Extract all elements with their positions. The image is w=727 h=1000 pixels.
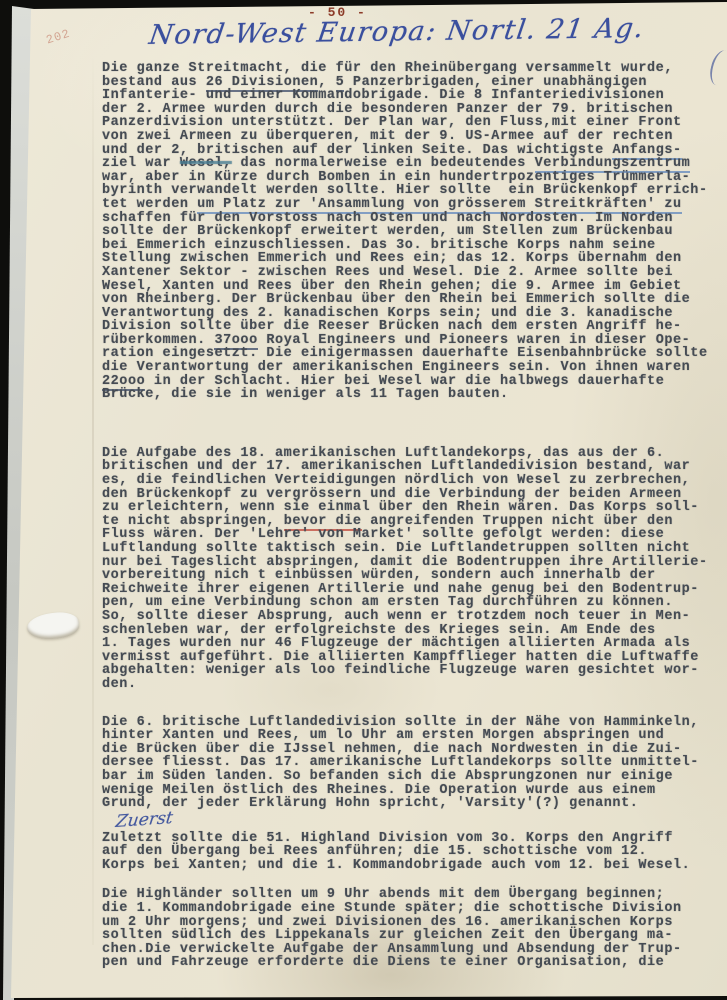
typed-line: es, die feindlichen Verteidigungen nördl… (102, 474, 702, 488)
typed-paragraph: Zuletzt sollte die 51. Highland Division… (102, 832, 702, 873)
typed-line: Infanterie- und einer Kommandobrigade. D… (102, 89, 702, 103)
typed-line: die 1. Kommandobrigade eine Stunde späte… (102, 902, 702, 916)
scanned-document: 202 - 50 - Nord-West Europa: Nortl. 21 A… (0, 0, 727, 1000)
typed-paragraph: Die Highländer sollten um 9 Uhr abends m… (102, 888, 702, 970)
typed-line: byrinth verwandelt werden sollte. Hier s… (102, 184, 702, 198)
margin-pen-stroke (707, 48, 727, 88)
typed-line: Korps bei Xanten; und die 1. Kommandobri… (102, 859, 702, 873)
typed-text-segment: Grund, der jeder Erklärung Hohn spricht,… (102, 796, 638, 811)
typed-text-segment: abgehalten: weniger als loo feindliche F… (102, 663, 699, 678)
typed-line: pen und Fahrzeuge erforderte die Diens t… (102, 956, 702, 970)
typed-text-segment: Brücke, die sie in weniger als 11 Tagen … (102, 387, 509, 402)
typed-text-segment: Korps bei Xanten; und die 1. Kommandobri… (102, 858, 690, 873)
typed-line: Fluss wären. Der 'Lehre' von Market' sol… (102, 528, 702, 542)
typed-text-segment: pen und Fahrzeuge erforderte die Diens t… (102, 955, 664, 970)
typed-text: Die ganze Streitmacht, die für den Rhein… (102, 62, 702, 970)
typed-line: die Verantwortung der amerikanischen Eng… (102, 361, 702, 375)
typed-line: tet werden um Platz zur 'Ansammlung von … (102, 198, 702, 212)
typed-line: hinter Xanten und Rees, um lo Uhr am ers… (102, 729, 702, 743)
typed-line: Grund, der jeder Erklärung Hohn spricht,… (102, 797, 702, 811)
typed-line: von Rheinberg. Der Brückenbau über den R… (102, 293, 702, 307)
typed-line: 1. Tages wurden nur 46 Flugzeuge der mäc… (102, 637, 702, 651)
handwritten-title: Nord-West Europa: Nortl. 21 Ag. (147, 12, 713, 51)
typed-line: Xantener Sektor - zwischen Rees und Wese… (102, 266, 702, 280)
typed-line: bar im Süden landen. So befanden sich di… (102, 770, 702, 784)
typed-paragraph: Die ganze Streitmacht, die für den Rhein… (102, 62, 702, 402)
faint-stamp: 202 (44, 27, 72, 48)
typed-line: zu erleichtern, wenn sie einmal über den… (102, 501, 702, 515)
paper-page: 202 - 50 - Nord-West Europa: Nortl. 21 A… (0, 0, 727, 1000)
typed-line: vorbereitung nich t einbüssen würden, so… (102, 569, 702, 583)
typed-line: Panzerdivision unterstützt. Der Plan war… (102, 116, 702, 130)
typed-line: abgehalten: weniger als loo feindliche F… (102, 664, 702, 678)
typed-line: Brücke, die sie in weniger als 11 Tagen … (102, 388, 702, 402)
typed-line: sollte der Brückenkopf erweitert werden,… (102, 225, 702, 239)
typed-paragraph: Die Aufgabe des 18. amerikanischen Luftl… (102, 447, 702, 692)
typed-line: dersee fliesst. Das 17. amerikanische Lu… (102, 756, 702, 770)
typed-line: sollten südlich des Lippekanals zur glei… (102, 929, 702, 943)
typed-line: pen, um eine Verbindung schon am ersten … (102, 596, 702, 610)
typed-line: von zwei Armeen zu überqueren, mit der 9… (102, 130, 702, 144)
typed-paragraph: Die 6. britische Luftlandedivision sollt… (102, 716, 702, 811)
typed-line: So, sollte dieser Absprung, auch wenn er… (102, 610, 702, 624)
typed-line: Luftlandung sollte taktisch sein. Die Lu… (102, 542, 702, 556)
typed-line: ziel war Wesel, das normalerweise ein be… (102, 157, 702, 171)
typed-line: Die ganze Streitmacht, die für den Rhein… (102, 62, 702, 76)
typed-line: auf den Übergang bei Rees anführen; die … (102, 845, 702, 859)
typed-line: Stellung zwischen Emmerich und Rees ein;… (102, 252, 702, 266)
typed-line: britischen und der 17. amerikanischen Lu… (102, 460, 702, 474)
typed-line: Division sollte über die Reeser Brücken … (102, 320, 702, 334)
paper-hole (26, 610, 81, 642)
handwritten-note: Zuerst (114, 808, 174, 832)
typed-line: den. (102, 678, 702, 692)
paper-crease (92, 55, 94, 945)
typed-text-segment: den. (102, 677, 137, 692)
